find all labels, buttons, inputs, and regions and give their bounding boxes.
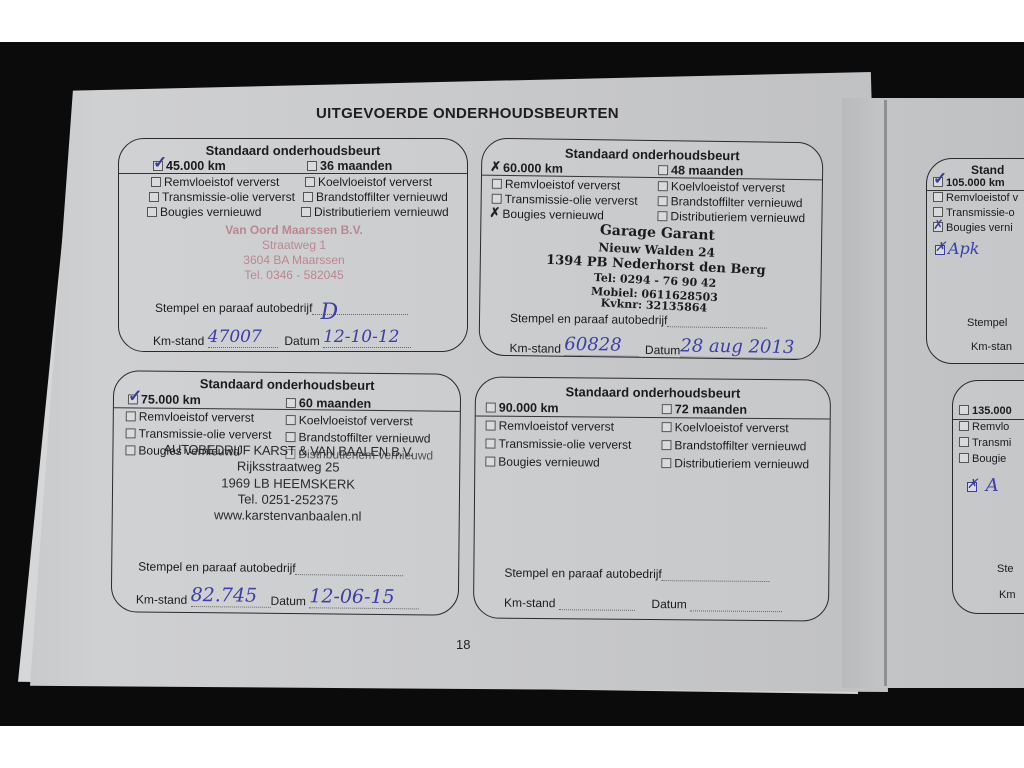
checkbox[interactable] [305, 177, 315, 187]
datum-value: 28 aug 2013 [680, 335, 800, 359]
kmstand-label: Km-stand [510, 341, 562, 356]
item-label: Bougies verni [946, 222, 1013, 234]
stempel-label: Stempel en paraaf autobedrijf [155, 301, 312, 315]
service-card-60000: Standaard onderhoudsbeurt 60.000 km 48 m… [478, 138, 823, 361]
stempel-label: Ste [997, 563, 1014, 575]
divider [119, 173, 467, 174]
item-label: Transmi [972, 437, 1011, 449]
item-label: Brandstoffilter vernieuwd [674, 438, 806, 453]
stamp-line: www.karstenvanbaalen.nl [143, 507, 433, 526]
checkbox-km-checked[interactable] [933, 177, 943, 187]
item-label: Remvloeistof ververst [139, 409, 255, 424]
page-title: UITGEVOERDE ONDERHOUDSBEURTEN [316, 105, 619, 122]
checkbox-km-checked[interactable] [492, 165, 500, 173]
garage-stamp: AUTOBEDRIJF KARST & VAN BAALEN B.V. Rijk… [143, 442, 434, 526]
book-spine [884, 100, 887, 686]
page-number: 18 [456, 637, 470, 652]
datum-label: Datum [284, 334, 319, 348]
checkbox[interactable] [492, 179, 502, 189]
month-interval: 48 maanden [671, 163, 743, 178]
white-margin [0, 726, 1024, 768]
checkbox-maanden[interactable] [658, 165, 668, 175]
item-label: Distributieriem vernieuwd [670, 209, 805, 225]
checkbox[interactable] [485, 439, 495, 449]
checkbox[interactable] [126, 411, 136, 421]
month-interval: 72 maanden [675, 402, 747, 417]
checkbox[interactable] [661, 440, 671, 450]
checkbox[interactable] [933, 207, 943, 217]
checkbox-bougies-checked[interactable] [491, 211, 499, 219]
card-title: Standaard onderhoudsbeurt [476, 383, 830, 401]
card-title: Standaard onderhoudsbeurt [114, 375, 460, 394]
item-label: Koelvloeistof ververst [299, 413, 413, 428]
kmstand-value[interactable] [559, 609, 635, 611]
stempel-label: Stempel [967, 317, 1007, 329]
km-interval: 105.000 km [946, 177, 1005, 189]
checkbox[interactable] [149, 192, 159, 202]
item-label: Koelvloeistof ververst [671, 179, 785, 195]
checkbox-km-checked[interactable] [128, 394, 138, 404]
stamp-line: Tel. 0346 - 582045 [199, 268, 389, 283]
km-interval: 45.000 km [166, 159, 226, 173]
km-interval: 90.000 km [499, 401, 559, 416]
datum-value[interactable] [690, 610, 782, 612]
divider [953, 419, 1024, 420]
item-label: Transmissie-olie ververst [505, 192, 638, 208]
checkbox[interactable] [661, 458, 671, 468]
checkbox[interactable] [485, 457, 495, 467]
checkbox[interactable] [492, 194, 502, 204]
service-card-90000: Standaard onderhoudsbeurt 90.000 km 72 m… [473, 376, 831, 621]
checkbox[interactable] [662, 422, 672, 432]
checkbox[interactable] [959, 421, 969, 431]
checkbox[interactable] [933, 192, 943, 202]
card-title: Standaard onderhoudsbeurt [119, 143, 467, 158]
checkbox-maanden[interactable] [662, 404, 672, 414]
item-label: Distributieriem vernieuwd [314, 205, 449, 219]
datum-label: Datum [270, 594, 305, 608]
stempel-label: Stempel en paraaf autobedrijf [510, 311, 668, 327]
garage-stamp: Van Oord Maarssen B.V. Straatweg 1 3604 … [199, 223, 389, 283]
checkbox-maanden[interactable] [286, 398, 296, 408]
divider [927, 190, 1024, 191]
datum-label: Datum [651, 597, 686, 611]
card-title: Stand [971, 163, 1004, 177]
handwritten-note: Apk [948, 239, 980, 258]
photo-background: UITGEVOERDE ONDERHOUDSBEURTEN Standaard … [0, 42, 1024, 726]
item-label: Bougie [972, 453, 1006, 465]
kmstand-value: 82.745 [191, 584, 271, 608]
item-label: Remvloeistof ververst [499, 419, 614, 434]
kmstand-label: Km-stand [153, 334, 204, 348]
datum-label: Datum [645, 343, 681, 357]
stamp-line: 3604 BA Maarssen [199, 253, 389, 268]
checkbox-maanden[interactable] [307, 161, 317, 171]
service-card-105000-partial: Stand 105.000 km Remvloeistof v Transmis… [926, 158, 1024, 364]
stamp-line: Van Oord Maarssen B.V. [199, 223, 389, 238]
checkbox[interactable] [959, 453, 969, 463]
checkbox[interactable] [286, 432, 296, 442]
checkbox-km-checked[interactable] [153, 161, 163, 171]
checkbox[interactable] [657, 211, 667, 221]
checkbox-apk-checked[interactable] [935, 245, 945, 255]
item-label: Bougies vernieuwd [160, 205, 261, 219]
checkbox[interactable] [486, 421, 496, 431]
item-label: Remvlo [972, 421, 1009, 433]
checkbox-km[interactable] [959, 405, 969, 415]
item-label: Distributieriem vernieuwd [674, 456, 809, 471]
item-label: Remvloeistof ververst [164, 175, 279, 189]
km-interval: 60.000 km [503, 161, 563, 176]
checkbox[interactable] [959, 437, 969, 447]
datum-value: 12-06-15 [309, 585, 419, 609]
item-label: Transmissie-olie ververst [139, 426, 272, 441]
service-card-45000: Standaard onderhoudsbeurt 45.000 km 36 m… [118, 138, 468, 352]
handwritten-paraaf: D [320, 300, 338, 325]
service-card-135000-partial: 135.000 Remvlo Transmi Bougie A Ste Km [952, 380, 1024, 614]
stempel-label: Stempel en paraaf autobedrijf [138, 559, 296, 575]
kmstand-value: 60828 [564, 334, 638, 357]
kmstand-label: Km-stan [971, 341, 1012, 353]
km-interval: 75.000 km [141, 392, 201, 407]
checkbox[interactable] [303, 192, 313, 202]
item-label: Brandstoffilter vernieuwd [316, 190, 448, 204]
km-interval: 135.000 [972, 405, 1012, 417]
item-label: Remvloeistof ververst [505, 177, 621, 193]
kmstand-label: Km-stand [136, 592, 188, 607]
checkbox[interactable] [147, 207, 157, 217]
checkbox[interactable] [658, 181, 668, 191]
item-label: Koelvloeistof ververst [318, 175, 432, 189]
item-label: Transmissie-olie ververst [162, 190, 295, 204]
item-label: Brandstoffilter vernieuwd [671, 194, 803, 210]
month-interval: 36 maanden [320, 159, 392, 173]
checkbox-apk-checked[interactable] [967, 482, 977, 492]
service-card-75000: Standaard onderhoudsbeurt 75.000 km 60 m… [111, 370, 462, 616]
item-label: Bougies vernieuwd [498, 455, 600, 470]
item-label: Remvloeistof v [946, 192, 1018, 204]
item-label: Koelvloeistof ververst [675, 420, 789, 435]
checkbox-km[interactable] [486, 403, 496, 413]
checkbox[interactable] [301, 207, 311, 217]
checkbox[interactable] [286, 415, 296, 425]
handwritten-note: A [986, 475, 999, 496]
stamp-line: Straatweg 1 [199, 238, 389, 253]
stempel-label: Stempel en paraaf autobedrijf [504, 566, 662, 581]
checkbox-checked[interactable] [933, 222, 943, 232]
checkbox[interactable] [658, 196, 668, 206]
kmstand-label: Km [999, 589, 1016, 601]
item-label: Transmissie-o [946, 207, 1015, 219]
kmstand-value: 47007 [208, 327, 278, 348]
kmstand-label: Km-stand [504, 596, 555, 610]
checkbox[interactable] [125, 445, 135, 455]
checkbox[interactable] [151, 177, 161, 187]
stamp-line: AUTOBEDRIJF KARST & VAN BAALEN B.V. [143, 442, 433, 461]
item-label: Transmissie-olie ververst [498, 437, 631, 452]
datum-value: 12-10-12 [323, 327, 411, 348]
checkbox[interactable] [126, 428, 136, 438]
garage-stamp: Garage Garant Nieuw Walden 24 1394 PB Ne… [519, 219, 793, 318]
